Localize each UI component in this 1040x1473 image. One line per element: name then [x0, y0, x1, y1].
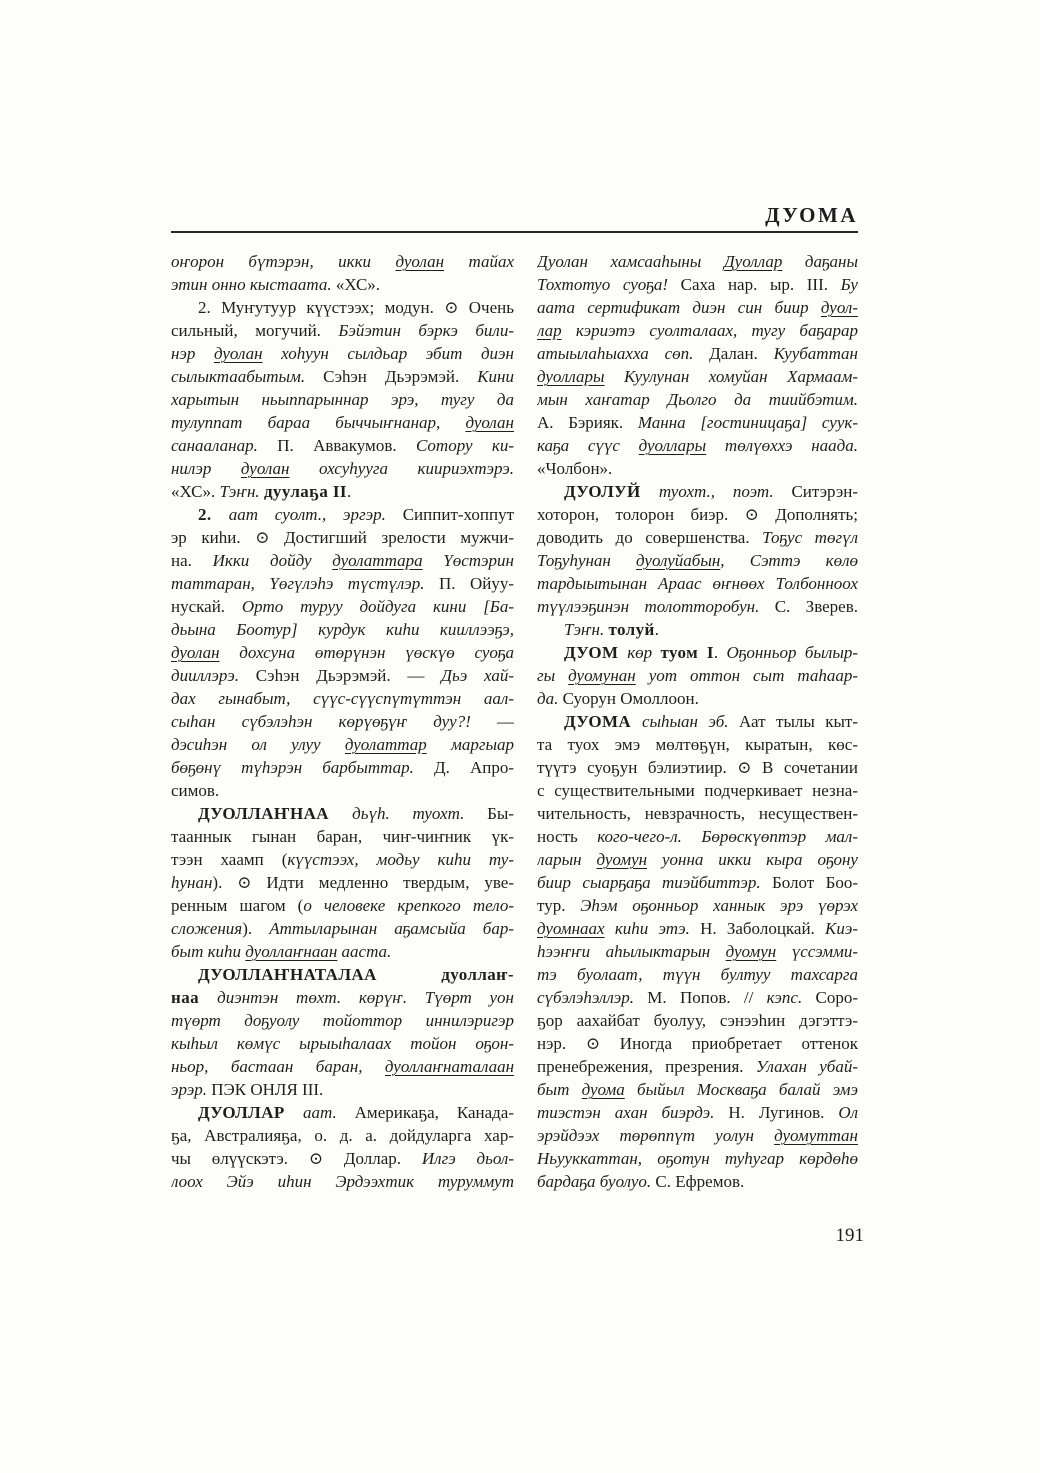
text-run: дах гынабыт, сүүс-сүүспүтүттэн аал- [171, 689, 514, 708]
running-header: ДУОМА [171, 203, 858, 228]
left-column: оҥорон бүтэрэн, икки дуолан тайахэтин он… [171, 250, 514, 1193]
text-line: кыһыл көмүс ырыыһалаах тойон оҕон- [171, 1032, 514, 1055]
text-run: дьүһ. туохт. [352, 804, 487, 823]
text-run: Тохтотуо суоҕа! [537, 275, 681, 294]
text-line: ДУОМА сыһыан эб. Аат тылы кыт- [537, 710, 858, 733]
text-run: дуулаҕа II [264, 482, 347, 501]
text-run: Манна [гостиницаҕа] суук- [638, 413, 858, 432]
text-run: ДУОЛЛАҤНАТАЛАА дуоллаҥ- [198, 965, 514, 984]
text-run: тулуппат бараа быччыҥнанар, [171, 413, 465, 432]
text-line: нэр дуолан хоһуун сылдьар эбит диэн [171, 342, 514, 365]
text-line: дэсиһэн ол улуу дуолаттар маргыар [171, 733, 514, 756]
underlined-headword-occurrence: дуомуттан [774, 1126, 858, 1145]
text-run: эр киһи. ⊙ Достигший зрелости мужчи- [171, 528, 514, 547]
text-run: А. Бэрияк. [537, 413, 638, 432]
text-line: дуоллары Куулунан хомуйан Хармаам- [537, 365, 858, 388]
text-line: ренным шагом (о человеке крепкого тело- [171, 894, 514, 917]
text-line: быт киһи дуоллаҥнаан ааста. [171, 940, 514, 963]
text-line: ларын дуомун уонна икки кыра оҕону [537, 848, 858, 871]
underlined-headword-occurrence: лар [537, 321, 562, 340]
text-run: түүтэ суоҕун бэлиэтиир. ⊙ В сочетании [537, 758, 858, 777]
text-line: аата сертификат диэн син биир дуол- [537, 296, 858, 319]
text-run: . [347, 482, 351, 501]
text-run: М. Попов. // [647, 988, 766, 1007]
text-run: эрэйдээх төрөппүт уолун [537, 1126, 774, 1145]
text-line: сүбэлэһэллэр. М. Попов. // кэпс. Соро- [537, 986, 858, 1009]
text-line: 2. аат суолт., эргэр. Сиппит-хоппут [171, 503, 514, 526]
underlined-headword-occurrence: дуоллары [639, 436, 707, 455]
text-run: Илгэ дьол- [422, 1149, 514, 1168]
text-run: ааста. [337, 942, 391, 961]
text-run: ДУОЛЛАҤНАА [198, 804, 352, 823]
text-run: быт киһи [171, 942, 245, 961]
text-run: С. Зверев. [775, 597, 858, 616]
text-run: 2. Муҥутуур күүстээх; модун. ⊙ Очень [198, 298, 514, 317]
text-line: нускай. Орто туруу дойдуга кини [Ба- [171, 595, 514, 618]
text-run: наа [171, 988, 217, 1007]
text-run: киһи этэ. [605, 919, 700, 938]
underlined-headword-occurrence: дуоллаҥнаталаан [385, 1057, 514, 1076]
text-run: тардыытынан Араас өҥнөөх Толбонноох [537, 574, 858, 593]
underlined-headword-occurrence: дуоллаҥнаан [245, 942, 337, 961]
text-run: «ХС». [171, 482, 219, 501]
underlined-headword-occurrence: дуомун [726, 942, 777, 961]
text-run: Ситэрэн- [791, 482, 858, 501]
text-run: бөҕөнү түһэрэн барбыттар. [171, 758, 434, 777]
text-line: һунан). ⊙ Идти медленно твердым, уве- [171, 871, 514, 894]
text-run: о человеке крепкого тело- [303, 896, 514, 915]
text-run: ПЭК ОНЛЯ III. [211, 1080, 323, 1099]
text-run: нэр [171, 344, 214, 363]
text-line: ҕор аахайбат буолуу, сэнээһин дэгэттэ- [537, 1009, 858, 1032]
text-run: аат. [303, 1103, 355, 1122]
text-run: сильный, могучий. [171, 321, 338, 340]
text-line: Ньууккаттан, оҕотун туһугар көрдөһө [537, 1147, 858, 1170]
text-run: Аат тылы кыт- [739, 712, 858, 731]
text-line: лоох Эйэ иһин Эрдээхтик туруммут [171, 1170, 514, 1193]
text-run: 2. [198, 505, 229, 524]
underlined-headword-occurrence: дуомунан [568, 666, 636, 685]
text-run: Улахан убай- [756, 1057, 858, 1076]
text-run: уот оттон сыт таһаар- [636, 666, 858, 685]
text-line: харытын ньыппарыннар эрэ, тугу да [171, 388, 514, 411]
text-run: ДУОЛЛАР [198, 1103, 303, 1122]
text-run: мын хаҥатар Дьолго да тиийбэтим. [537, 390, 858, 409]
text-run: Д. Апро- [434, 758, 514, 777]
text-run: «Чолбон». [537, 459, 612, 478]
text-run: Үөстэрин [423, 551, 514, 570]
text-run: кого-чего-л. Бөрөскүөптэр мал- [597, 827, 858, 846]
text-line: дах гынабыт, сүүс-сүүспүтүттэн аал- [171, 687, 514, 710]
text-line: Тэҥн. толуй. [537, 618, 858, 641]
text-line: сылыктаабытым. Сэһэн Дьэрэмэй. Кини [171, 365, 514, 388]
right-column: Дуолан хамсааһыны Дуоллар даҕаныТохтотуо… [537, 250, 858, 1193]
text-run: эрэр. [171, 1080, 211, 1099]
text-run: Икки дойду [213, 551, 333, 570]
text-run: на. [171, 551, 213, 570]
text-line: бардаҕа буолуо. С. Ефремов. [537, 1170, 858, 1193]
text-run: Бы- [487, 804, 514, 823]
text-run: Эһэм оҕонньор ханнык эрэ үөрэх [580, 896, 858, 915]
text-run: бардаҕа буолуо. [537, 1172, 655, 1191]
text-run: ДУОМА [564, 712, 642, 731]
text-run: сыһыан эб. [642, 712, 739, 731]
text-line: «Чолбон». [537, 457, 858, 480]
text-run: ). ⊙ Идти медленно твердым, уве- [212, 873, 514, 892]
text-run: һээҥҥи аһылыктарын [537, 942, 726, 961]
text-run: да. [537, 689, 563, 708]
text-run: тааннык гынан баран, чиҥ-чиҥник үк- [171, 827, 514, 846]
text-line: тааннык гынан баран, чиҥ-чиҥник үк- [171, 825, 514, 848]
text-run: тээн хаамп ( [171, 850, 287, 869]
text-line: «ХС». Тэҥн. дуулаҕа II. [171, 480, 514, 503]
text-line: А. Бэрияк. Манна [гостиницаҕа] суук- [537, 411, 858, 434]
text-line: дуолан дохсуна өтөрүнэн үөскүө суоҕа [171, 641, 514, 664]
underlined-headword-occurrence: дуолаттара [332, 551, 422, 570]
text-run: дохсуна өтөрүнэн үөскүө суоҕа [220, 643, 514, 662]
text-line: нэр. ⊙ Иногда приобретает оттенок [537, 1032, 858, 1055]
text-line: с существительными подчеркивает незна- [537, 779, 858, 802]
text-run: сыһан сүбэлэһэн көрүөҕүҥ дуу?! [171, 712, 497, 731]
text-line: чы өлүүскэтэ. ⊙ Доллар. Илгэ дьол- [171, 1147, 514, 1170]
text-run: нэр. ⊙ Иногда приобретает оттенок [537, 1034, 858, 1053]
text-run: , Сэттэ көлө [720, 551, 858, 570]
text-run: ньор, бастаан баран, [171, 1057, 385, 1076]
text-run: маргыар [427, 735, 514, 754]
text-run: түөрт доҕуолу тойоттор иннилэригэр [171, 1011, 514, 1030]
text-run: чы өлүүскэтэ. ⊙ Доллар. [171, 1149, 422, 1168]
text-run: этин онно кыстаата. [171, 275, 336, 294]
underlined-headword-occurrence: Дуоллар [724, 252, 782, 271]
text-run: Куубаттан [774, 344, 858, 363]
text-run: пренебрежения, презрения. [537, 1057, 756, 1076]
text-line: Тоҕуһунан дуолуйабын, Сэттэ көлө [537, 549, 858, 572]
underlined-headword-occurrence: дуол- [821, 298, 858, 317]
text-run: «ХС». [336, 275, 380, 294]
text-run: нускай. [171, 597, 242, 616]
text-line: чительность, невзрачность, несуществен- [537, 802, 858, 825]
text-run: Соро- [816, 988, 859, 1007]
text-line: Дуолан хамсааһыны Дуоллар даҕаны [537, 250, 858, 273]
text-line: ДУОЛЛАҤНАТАЛАА дуоллаҥ- [171, 963, 514, 986]
text-line: ҕа, Австралияҕа, о. д. а. дойдуларга хар… [171, 1124, 514, 1147]
text-line: эрэйдээх төрөппүт уолун дуомуттан [537, 1124, 858, 1147]
text-run: ). [242, 919, 269, 938]
text-run: Тэҥн. [219, 482, 263, 501]
text-run: кэриэтэ суолталаах, тугу баҕарар [562, 321, 858, 340]
text-line: түүлээҕинэн толотторобун. С. Зверев. [537, 595, 858, 618]
underlined-headword-occurrence: дуомун [596, 850, 647, 869]
text-run: Тэҥн. [564, 620, 608, 639]
text-run: аат суолт., эргэр. [229, 505, 403, 524]
text-run: . [714, 643, 727, 662]
text-line: биир сыарҕаҕа тиэйбиттэр. Болот Боо- [537, 871, 858, 894]
text-run: доводить до совершенства. [537, 528, 762, 547]
text-line: тардыытынан Араас өҥнөөх Толбонноох [537, 572, 858, 595]
text-run: оҥорон бүтэрэн, икки [171, 252, 395, 271]
text-run: ДУОЛУЙ [564, 482, 659, 501]
text-line: һээҥҥи аһылыктарын дуомун үссэмми- [537, 940, 858, 963]
text-line: тиэстэн ахан биэрдэ. Н. Лугинов. Ол [537, 1101, 858, 1124]
text-line: этин онно кыстаата. «ХС». [171, 273, 514, 296]
text-run: толуй [608, 620, 654, 639]
text-line: сложения). Аттыларынан аҕамсыйа бар- [171, 917, 514, 940]
text-run: тайах [444, 252, 514, 271]
text-line: гы дуомунан уот оттон сыт таһаар- [537, 664, 858, 687]
text-line: ДУОМ көр туом I. Оҕонньор былыр- [537, 641, 858, 664]
text-line: ДУОЛЛАР аат. Америкаҕа, Канада- [171, 1101, 514, 1124]
text-run: төлүөххэ наада. [706, 436, 858, 455]
text-run: П. Ойуу- [439, 574, 514, 593]
text-line: быт дуома быйыл Москваҕа балай эмэ [537, 1078, 858, 1101]
text-run: хоторон, толорон биэр. ⊙ Дополнять; [537, 505, 858, 524]
underlined-headword-occurrence: дуомнаах [537, 919, 605, 938]
page-number: 191 [171, 1225, 864, 1247]
text-run: каҕа сүүс [537, 436, 639, 455]
text-line: мын хаҥатар Дьолго да тиийбэтим. [537, 388, 858, 411]
text-line: дииллэрэ. Сэһэн Дьэрэмэй. — Дьэ хай- [171, 664, 514, 687]
underlined-headword-occurrence: дуолаттар [345, 735, 427, 754]
text-run: Орто туруу дойдуга кини [Ба- [242, 597, 514, 616]
text-run: Саха нар. ыр. III. [681, 275, 841, 294]
text-run: тур. [537, 896, 580, 915]
text-run: туохт., поэт. [659, 482, 792, 501]
text-run: охсуһууга киириэхтэрэ. [289, 459, 514, 478]
text-run: Ол [838, 1103, 858, 1122]
text-run: Далан. [709, 344, 773, 363]
text-line: доводить до совершенства. Тоҕус төгүл [537, 526, 858, 549]
text-line: оҥорон бүтэрэн, икки дуолан тайах [171, 250, 514, 273]
text-run: быт [537, 1080, 582, 1099]
text-run: Америкаҕа, Канада- [355, 1103, 514, 1122]
text-line: наа диэнтэн төхт. көрүҥ. Түөрт уон [171, 986, 514, 1009]
underlined-headword-occurrence: дуолан [171, 643, 220, 662]
text-line: ДУОЛУЙ туохт., поэт. Ситэрэн- [537, 480, 858, 503]
text-run: атыылаһыахха сөп. [537, 344, 709, 363]
text-run: Киэ- [825, 919, 858, 938]
text-run: биир сыарҕаҕа тиэйбиттэр. [537, 873, 772, 892]
text-run: ДУОМ [564, 643, 627, 662]
text-line: лар кэриэтэ суолталаах, тугу баҕарар [537, 319, 858, 342]
text-run: сложения [171, 919, 242, 938]
text-run: сылыктаабытым. [171, 367, 323, 386]
running-header-word: ДУОМА [765, 203, 858, 227]
text-run: көр [627, 643, 660, 662]
text-run: Кини [477, 367, 514, 386]
text-run: харытын ньыппарыннар эрэ, тугу да [171, 390, 514, 409]
text-run: һунан [171, 873, 212, 892]
text-run: лоох Эйэ иһин Эрдээхтик туруммут [171, 1172, 514, 1191]
text-run: П. Аввакумов. [277, 436, 416, 455]
text-line: бөҕөнү түһэрэн барбыттар. Д. Апро- [171, 756, 514, 779]
text-run: таттаран, Үөгүлэһэ түстүлэр. [171, 574, 439, 593]
text-run: үссэмми- [776, 942, 858, 961]
text-run: Сотору ки- [416, 436, 514, 455]
text-run: дэсиһэн ол улуу [171, 735, 345, 754]
text-line: эрэр. ПЭК ОНЛЯ III. [171, 1078, 514, 1101]
text-run: симов. [171, 781, 219, 800]
text-line: түөрт доҕуолу тойоттор иннилэригэр [171, 1009, 514, 1032]
text-run: Ньууккаттан, оҕотун туһугар көрдөһө [537, 1149, 858, 1168]
text-line: түүтэ суоҕун бэлиэтиир. ⊙ В сочетании [537, 756, 858, 779]
text-run: тэ буолаат, түүн бултуу тахсарга [537, 965, 858, 984]
text-line: сыһан сүбэлэһэн көрүөҕүҥ дуу?! — [171, 710, 514, 733]
text-line: тур. Эһэм оҕонньор ханнык эрэ үөрэх [537, 894, 858, 917]
text-run: даҕаны [782, 252, 858, 271]
underlined-headword-occurrence: дуоллары [537, 367, 605, 386]
text-run: Бэйэтин бэркэ били- [338, 321, 514, 340]
text-run: тиэстэн ахан биэрдэ. [537, 1103, 728, 1122]
text-run: кыһыл көмүс ырыыһалаах тойон оҕон- [171, 1034, 514, 1053]
text-line: 2. Муҥутуур күүстээх; модун. ⊙ Очень [171, 296, 514, 319]
text-run: Тоҕус төгүл [762, 528, 858, 547]
underlined-headword-occurrence: дуолан [465, 413, 514, 432]
text-run: нилэр [171, 459, 241, 478]
text-run: Дуолан хамсааһыны [537, 252, 724, 271]
text-run: Бу [841, 275, 858, 294]
text-line: симов. [171, 779, 514, 802]
text-run: ренным шагом ( [171, 896, 303, 915]
text-line: атыылаһыахха сөп. Далан. Куубаттан [537, 342, 858, 365]
text-run: санааланар. [171, 436, 277, 455]
text-run: Сэһэн Дьэрэмэй. [323, 367, 477, 386]
text-run: уонна икки кыра оҕону [647, 850, 858, 869]
text-run: Дьэ хай- [441, 666, 514, 685]
text-line: дьына Боотур] курдук киһи кииллээҕэ, [171, 618, 514, 641]
text-run: аата сертификат диэн син биир [537, 298, 821, 317]
underlined-headword-occurrence: дуолан [214, 344, 263, 363]
text-run: Оҕонньор былыр- [727, 643, 858, 662]
text-run: Н. Лугинов. [728, 1103, 838, 1122]
text-run: диэнтэн төхт. көрүҥ. Түөрт уон [217, 988, 514, 1007]
text-run: Сэһэн Дьэрэмэй. — [256, 666, 441, 685]
text-run: Суорун Омоллоон. [563, 689, 699, 708]
text-run: с существительными подчеркивает незна- [537, 781, 858, 800]
text-run: дииллэрэ. [171, 666, 256, 685]
text-run: ҕор аахайбат буолуу, сэнээһин дэгэттэ- [537, 1011, 858, 1030]
text-run: гы [537, 666, 568, 685]
text-line: Тохтотуо суоҕа! Саха нар. ыр. III. Бу [537, 273, 858, 296]
text-run: күүстээх, модьу киһи ту- [287, 850, 514, 869]
text-line: тэ буолаат, түүн бултуу тахсарга [537, 963, 858, 986]
text-run: кэпс. [767, 988, 816, 1007]
text-run: . [655, 620, 659, 639]
text-line: санааланар. П. Аввакумов. Сотору ки- [171, 434, 514, 457]
text-line: да. Суорун Омоллоон. [537, 687, 858, 710]
text-run: ларын [537, 850, 596, 869]
text-line: хоторон, толорон биэр. ⊙ Дополнять; [537, 503, 858, 526]
text-line: на. Икки дойду дуолаттара Үөстэрин [171, 549, 514, 572]
text-run: С. Ефремов. [655, 1172, 744, 1191]
text-line: тулуппат бараа быччыҥнанар, дуолан [171, 411, 514, 434]
text-run: быйыл Москваҕа балай эмэ [625, 1080, 858, 1099]
text-columns: оҥорон бүтэрэн, икки дуолан тайахэтин он… [171, 250, 858, 1193]
text-line: ДУОЛЛАҤНАА дьүһ. туохт. Бы- [171, 802, 514, 825]
text-run: — [497, 712, 514, 731]
text-run: туом I [661, 643, 714, 662]
text-line: таттаран, Үөгүлэһэ түстүлэр. П. Ойуу- [171, 572, 514, 595]
text-run: ность [537, 827, 597, 846]
text-line: каҕа сүүс дуоллары төлүөххэ наада. [537, 434, 858, 457]
text-run: дьына Боотур] курдук киһи кииллээҕэ, [171, 620, 514, 639]
text-line: дуомнаах киһи этэ. Н. Заболоцкай. Киэ- [537, 917, 858, 940]
text-run: Куулунан хомуйан Хармаам- [605, 367, 858, 386]
text-run: хоһуун сылдьар эбит диэн [263, 344, 514, 363]
underlined-headword-occurrence: дуома [582, 1080, 625, 1099]
underlined-headword-occurrence: дуолан [395, 252, 444, 271]
text-line: тээн хаамп (күүстээх, модьу киһи ту- [171, 848, 514, 871]
text-run: сүбэлэһэллэр. [537, 988, 647, 1007]
text-run: Аттыларынан аҕамсыйа бар- [269, 919, 514, 938]
text-line: сильный, могучий. Бэйэтин бэркэ били- [171, 319, 514, 342]
text-run: Болот Боо- [772, 873, 858, 892]
text-line: пренебрежения, презрения. Улахан убай- [537, 1055, 858, 1078]
text-run: та туох эмэ мөлтөҕүн, кыратын, көс- [537, 735, 858, 754]
text-run: чительность, невзрачность, несуществен- [537, 804, 858, 823]
text-run: түүлээҕинэн толотторобун. [537, 597, 775, 616]
underlined-headword-occurrence: дуолуйабын [636, 551, 720, 570]
text-line: та туох эмэ мөлтөҕүн, кыратын, көс- [537, 733, 858, 756]
text-line: ньор, бастаан баран, дуоллаҥнаталаан [171, 1055, 514, 1078]
header-rule [171, 231, 858, 233]
underlined-headword-occurrence: дуолан [241, 459, 290, 478]
text-run: Н. Заболоцкай. [700, 919, 825, 938]
text-run: Сиппит-хоппут [403, 505, 514, 524]
text-line: эр киһи. ⊙ Достигший зрелости мужчи- [171, 526, 514, 549]
text-line: ность кого-чего-л. Бөрөскүөптэр мал- [537, 825, 858, 848]
text-run: ҕа, Австралияҕа, о. д. а. дойдуларга хар… [171, 1126, 514, 1145]
text-run: Тоҕуһунан [537, 551, 636, 570]
text-line: нилэр дуолан охсуһууга киириэхтэрэ. [171, 457, 514, 480]
dictionary-page: ДУОМА оҥорон бүтэрэн, икки дуолан тайахэ… [0, 0, 1040, 1473]
